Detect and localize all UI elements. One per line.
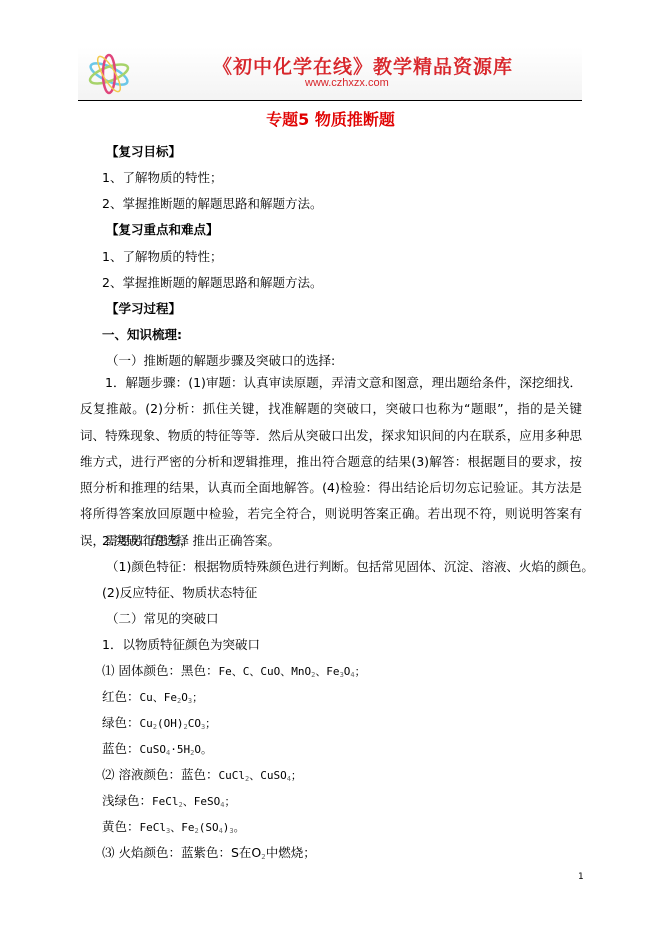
banner-title: 《初中化学在线》教学精品资源库 (213, 52, 513, 79)
keypoint-item: 2、掌握推断题的解题思路和解题方法。 (102, 275, 322, 291)
lightgreen-label: 浅绿色： (102, 793, 152, 808)
goals-heading: 【复习目标】 (106, 144, 181, 160)
solid-colors-blue: 蓝色：CuSO4·5H2O。 (102, 741, 212, 761)
sub1-heading: （一）推断题的解题步骤及突破口的选择: (106, 353, 335, 369)
formula-list: FeCl3、Fe2(SO4)3。 (140, 821, 245, 834)
breakthrough-item: (2)反应特征、物质状态特征 (102, 585, 257, 601)
flame-item: S在O2中燃烧； (231, 845, 316, 860)
part1-heading: 一、知识梳理: (102, 327, 182, 343)
goal-item: 2、掌握推断题的解题思路和解题方法。 (102, 196, 322, 212)
solution-colors-yellow: 黄色：FeCl3、Fe2(SO4)3。 (102, 819, 245, 839)
solid-colors-red: 红色：Cu、Fe2O3； (102, 689, 203, 709)
breakthrough-heading: 2.突破口的选择 (102, 533, 189, 549)
atom-logo-icon (86, 52, 132, 96)
document-title: 专题5 物质推断题 (0, 107, 661, 130)
flame-color-label: ⑶ 火焰颜色：蓝紫色： (102, 845, 231, 860)
formula-list: FeCl2、FeSO4； (152, 795, 235, 808)
solid-colors-green: 绿色：Cu2(OH)2CO3； (102, 715, 216, 735)
formula-list: CuSO4·5H2O。 (140, 743, 212, 756)
formula-list: Cu2(OH)2CO3； (140, 717, 217, 730)
red-label: 红色： (102, 689, 140, 704)
blue-label: 蓝色： (102, 741, 140, 756)
solution-color-label: ⑵ 溶液颜色：蓝色： (102, 767, 218, 782)
page-number: 1 (578, 872, 584, 882)
solution-colors-lightgreen: 浅绿色：FeCl2、FeSO4； (102, 793, 235, 813)
keypoint-item: 1、了解物质的特性； (102, 249, 222, 265)
keypoints-heading: 【复习重点和难点】 (106, 222, 219, 238)
solid-colors-black: ⑴ 固体颜色：黑色：Fe、C、CuO、MnO2、Fe3O4； (102, 663, 366, 683)
formula-list: Cu、Fe2O3； (140, 691, 204, 704)
flame-colors: ⑶ 火焰颜色：蓝紫色：S在O2中燃烧； (102, 845, 316, 865)
header-divider (78, 100, 582, 101)
process-heading: 【学习过程】 (106, 301, 181, 317)
goal-item: 1、了解物质的特性； (102, 170, 222, 186)
solution-colors-blue: ⑵ 溶液颜色：蓝色：CuCl2、CuSO4； (102, 767, 302, 787)
steps-paragraph: 1．解题步骤：(1)审题：认真审读原题，弄清文意和图意，理出题给条件，深挖细找．… (80, 370, 582, 554)
yellow-label: 黄色： (102, 819, 140, 834)
formula-list: CuCl2、CuSO4； (218, 769, 301, 782)
sub2-heading: （二）常见的突破口 (106, 611, 219, 627)
green-label: 绿色： (102, 715, 140, 730)
formula-list: Fe、C、CuO、MnO2、Fe3O4； (218, 665, 365, 678)
solid-color-label: ⑴ 固体颜色：黑色： (102, 663, 218, 678)
color-heading: 1．以物质特征颜色为突破口 (102, 637, 260, 653)
banner-url: www.czhxzx.com (305, 77, 389, 89)
breakthrough-item: （1)颜色特征：根据物质特殊颜色进行判断。包括常见固体、沉淀、溶液、火焰的颜色。 (106, 559, 594, 575)
